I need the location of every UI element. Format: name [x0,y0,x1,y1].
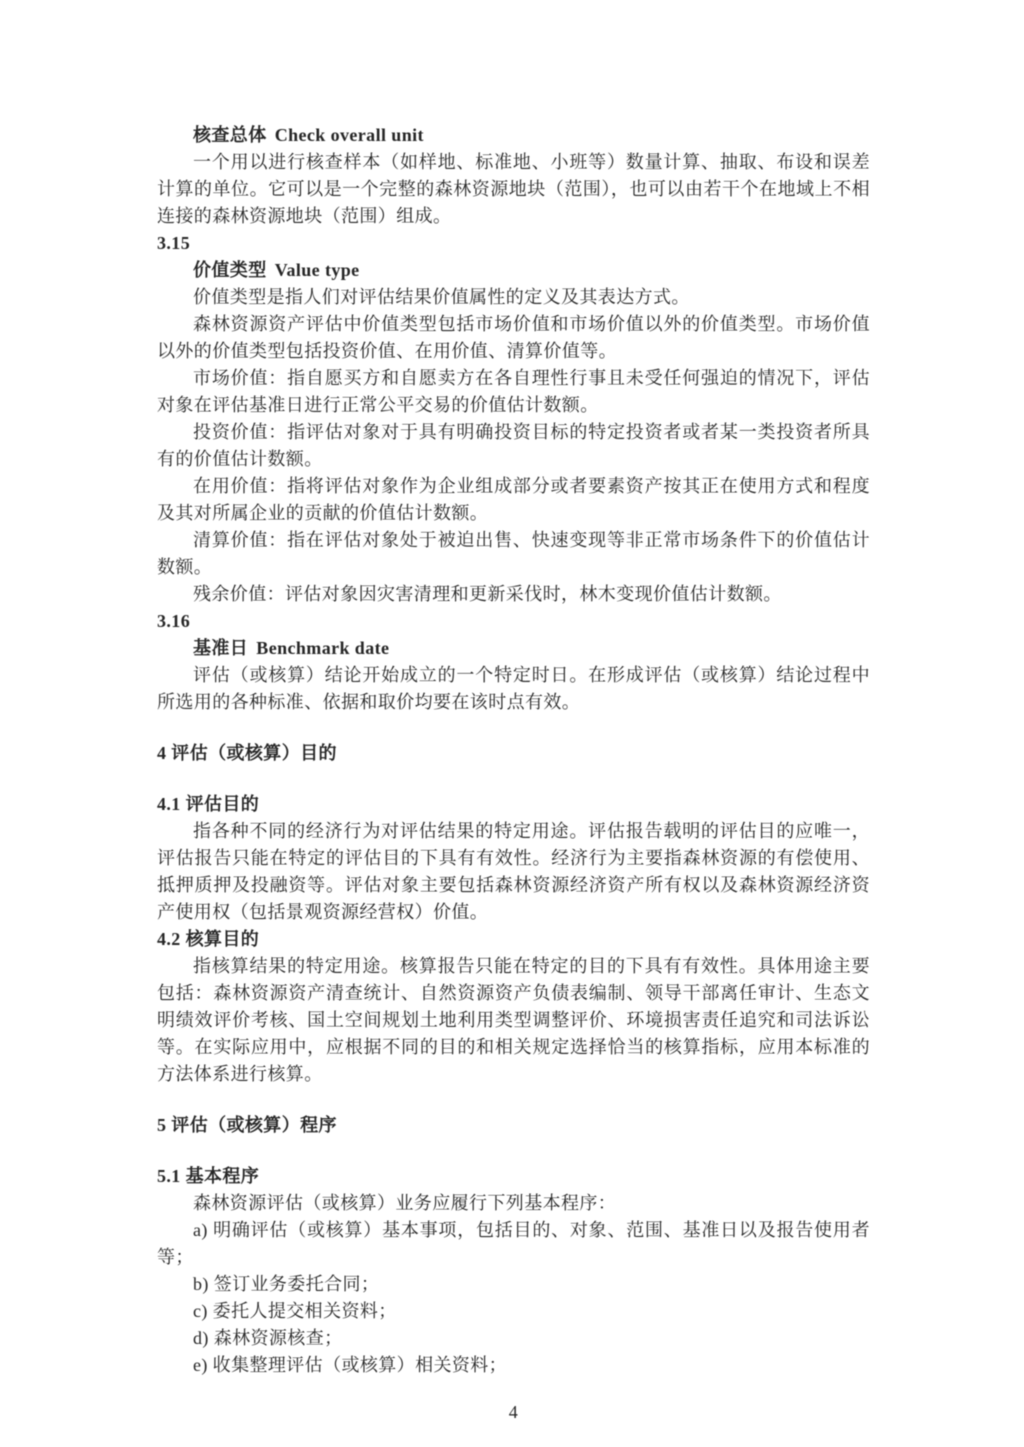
paragraph-market-value: 市场价值：指自愿买方和自愿卖方在各自理性行事且未受任何强迫的情况下，评估对象在评… [157,365,870,419]
term-heading-value-type: 价值类型Value type [157,257,870,284]
clause-number-3-15: 3.15 [157,230,870,257]
page-number: 4 [157,1399,870,1426]
paragraph: 一个用以进行核查样本（如样地、标准地、小班等）数量计算、抽取、布设和误差计算的单… [157,149,870,230]
section-heading-5: 5 评估（或核算）程序 [157,1112,870,1139]
term-en: Check overall unit [275,125,424,145]
document-page: 核查总体Check overall unit 一个用以进行核查样本（如样地、标准… [0,0,1024,1447]
clause-number-3-16: 3.16 [157,608,870,635]
list-item-d: d) 森林资源核查； [157,1325,870,1352]
subsection-heading-4-2: 4.2 核算目的 [157,926,870,953]
paragraph: 价值类型是指人们对评估结果价值属性的定义及其表达方式。 [157,284,870,311]
paragraph-residual-value: 残余价值：评估对象因灾害清理和更新采伐时，林木变现价值估计数额。 [157,581,870,608]
subsection-heading-4-1: 4.1 评估目的 [157,791,870,818]
paragraph: 指各种不同的经济行为对评估结果的特定用途。评估报告载明的评估目的应唯一，评估报告… [157,818,870,926]
document-body: 核查总体Check overall unit 一个用以进行核查样本（如样地、标准… [157,122,870,1426]
paragraph: 森林资源资产评估中价值类型包括市场价值和市场价值以外的价值类型。市场价值以外的价… [157,311,870,365]
term-zh: 基准日 [193,638,248,658]
paragraph-value-in-use: 在用价值：指将评估对象作为企业组成部分或者要素资产按其正在使用方式和程度及其对所… [157,473,870,527]
list-item-b: b) 签订业务委托合同； [157,1271,870,1298]
term-zh: 价值类型 [193,260,267,280]
list-item-c: c) 委托人提交相关资料； [157,1298,870,1325]
term-heading-check-overall-unit: 核查总体Check overall unit [157,122,870,149]
term-en: Value type [275,260,360,280]
paragraph: 评估（或核算）结论开始成立的一个特定时日。在形成评估（或核算）结论过程中所选用的… [157,662,870,716]
paragraph: 指核算结果的特定用途。核算报告只能在特定的目的下具有有效性。具体用途主要包括：森… [157,953,870,1088]
subsection-heading-5-1: 5.1 基本程序 [157,1163,870,1190]
paragraph-investment-value: 投资价值：指评估对象对于具有明确投资目标的特定投资者或者某一类投资者所具有的价值… [157,419,870,473]
section-heading-4: 4 评估（或核算）目的 [157,740,870,767]
paragraph: 森林资源评估（或核算）业务应履行下列基本程序： [157,1190,870,1217]
term-zh: 核查总体 [193,125,267,145]
paragraph-liquidation-value: 清算价值：指在评估对象处于被迫出售、快速变现等非正常市场条件下的价值估计数额。 [157,527,870,581]
list-item-e: e) 收集整理评估（或核算）相关资料； [157,1352,870,1379]
term-heading-benchmark-date: 基准日Benchmark date [157,635,870,662]
term-en: Benchmark date [256,638,389,658]
list-item-a: a) 明确评估（或核算）基本事项，包括目的、对象、范围、基准日以及报告使用者等； [157,1217,870,1271]
